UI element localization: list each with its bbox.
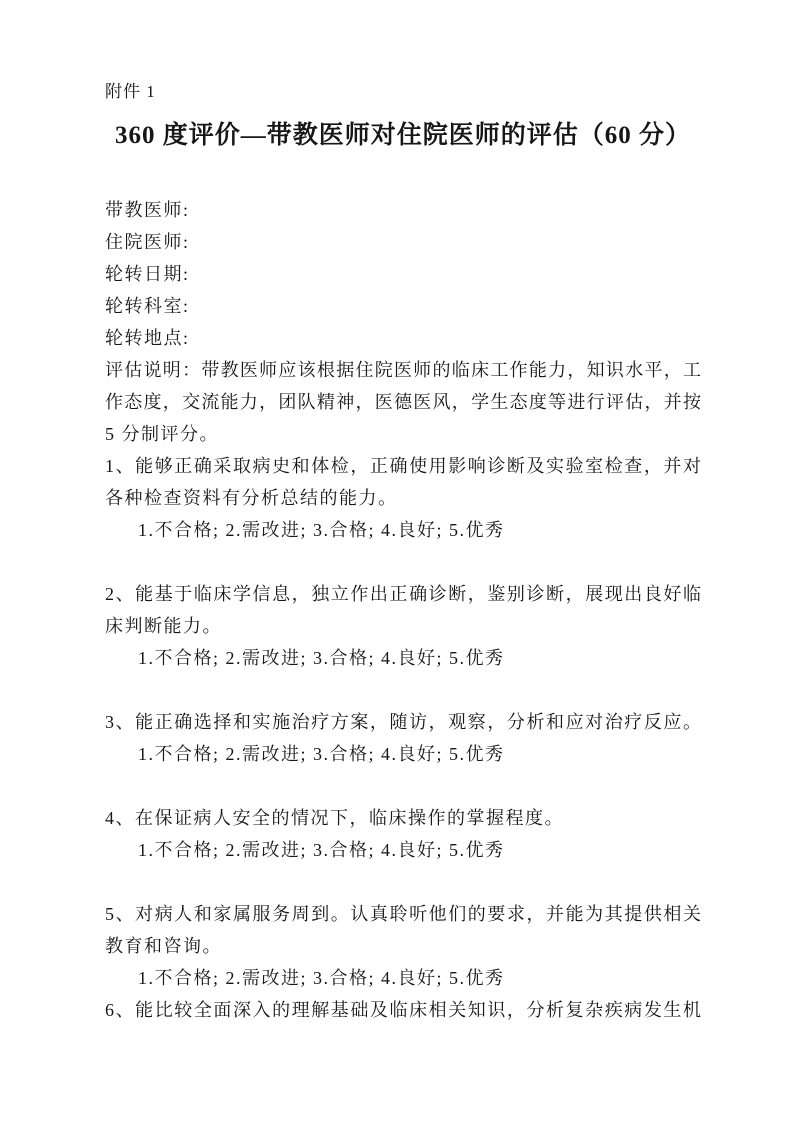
- document-page: 附件 1 360 度评价—带教医师对住院医师的评估（60 分） 带教医师: 住院…: [0, 0, 800, 1131]
- question-2-text-line-1: 2、能基于临床学信息，独立作出正确诊断，鉴别诊断，展现出良好临: [105, 578, 701, 610]
- question-3-rating-scale: 1.不合格; 2.需改进; 3.合格; 4.良好; 5.优秀: [105, 738, 701, 770]
- field-resident-physician: 住院医师:: [105, 226, 701, 258]
- question-2-text-line-2: 床判断能力。: [105, 610, 701, 642]
- question-5-text-line-1: 5、对病人和家属服务周到。认真聆听他们的要求，并能为其提供相关: [105, 898, 701, 930]
- question-3-text-line-1: 3、能正确选择和实施治疗方案，随访，观察，分析和应对治疗反应。: [105, 706, 701, 738]
- instructions-line-1: 评估说明：带教医师应该根据住院医师的临床工作能力，知识水平，工: [105, 354, 701, 386]
- field-rotation-location: 轮转地点:: [105, 322, 701, 354]
- question-3: 3、能正确选择和实施治疗方案，随访，观察，分析和应对治疗反应。 1.不合格; 2…: [105, 706, 701, 770]
- question-1-rating-scale: 1.不合格; 2.需改进; 3.合格; 4.良好; 5.优秀: [105, 514, 701, 546]
- question-6: 6、能比较全面深入的理解基础及临床相关知识，分析复杂疾病发生机: [105, 994, 701, 1026]
- instructions-line-2: 作态度，交流能力，团队精神，医德医风，学生态度等进行评估，并按: [105, 386, 701, 418]
- question-2-rating-scale: 1.不合格; 2.需改进; 3.合格; 4.良好; 5.优秀: [105, 642, 701, 674]
- attachment-label: 附件 1: [105, 82, 701, 102]
- document-content: 附件 1 360 度评价—带教医师对住院医师的评估（60 分） 带教医师: 住院…: [105, 0, 701, 1026]
- question-4-text-line-1: 4、在保证病人安全的情况下，临床操作的掌握程度。: [105, 802, 701, 834]
- question-4: 4、在保证病人安全的情况下，临床操作的掌握程度。 1.不合格; 2.需改进; 3…: [105, 802, 701, 866]
- field-rotation-date: 轮转日期:: [105, 258, 701, 290]
- document-title: 360 度评价—带教医师对住院医师的评估（60 分）: [105, 118, 701, 154]
- evaluation-instructions: 评估说明：带教医师应该根据住院医师的临床工作能力，知识水平，工 作态度，交流能力…: [105, 354, 701, 450]
- question-2: 2、能基于临床学信息，独立作出正确诊断，鉴别诊断，展现出良好临 床判断能力。 1…: [105, 578, 701, 674]
- question-4-rating-scale: 1.不合格; 2.需改进; 3.合格; 4.良好; 5.优秀: [105, 834, 701, 866]
- field-supervising-physician: 带教医师:: [105, 194, 701, 226]
- question-5-rating-scale: 1.不合格; 2.需改进; 3.合格; 4.良好; 5.优秀: [105, 962, 701, 994]
- question-5: 5、对病人和家属服务周到。认真聆听他们的要求，并能为其提供相关 教育和咨询。 1…: [105, 898, 701, 994]
- question-5-text-line-2: 教育和咨询。: [105, 930, 701, 962]
- instructions-line-3: 5 分制评分。: [105, 418, 701, 450]
- field-rotation-department: 轮转科室:: [105, 290, 701, 322]
- question-1-text-line-1: 1、能够正确采取病史和体检，正确使用影响诊断及实验室检查，并对: [105, 450, 701, 482]
- question-1-text-line-2: 各种检查资料有分析总结的能力。: [105, 482, 701, 514]
- header-fields: 带教医师: 住院医师: 轮转日期: 轮转科室: 轮转地点:: [105, 194, 701, 354]
- question-6-text-line-1: 6、能比较全面深入的理解基础及临床相关知识，分析复杂疾病发生机: [105, 994, 701, 1026]
- question-1: 1、能够正确采取病史和体检，正确使用影响诊断及实验室检查，并对 各种检查资料有分…: [105, 450, 701, 546]
